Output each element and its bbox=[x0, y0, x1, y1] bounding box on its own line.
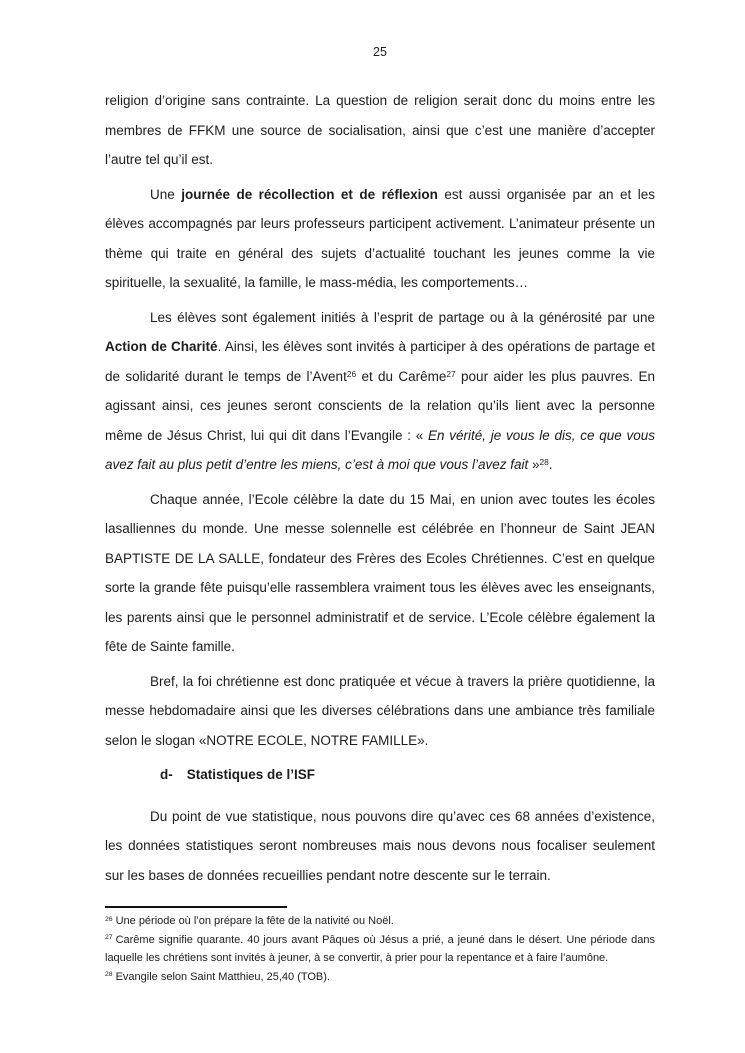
footnote-area: 26Une période où l’on prépare la fête de… bbox=[105, 906, 655, 986]
text-run: . bbox=[549, 457, 553, 472]
paragraph: religion d’origine sans contrainte. La q… bbox=[105, 86, 655, 175]
footnote-text: Une période où l’on prépare la fête de l… bbox=[116, 915, 394, 927]
footnote-ref: 28 bbox=[539, 457, 548, 467]
text-run: et du Carême bbox=[356, 369, 446, 384]
text-run: religion d’origine sans contrainte. La q… bbox=[105, 93, 655, 167]
footnote-list: 26Une période où l’on prépare la fête de… bbox=[105, 912, 655, 986]
document-body: religion d’origine sans contrainte. La q… bbox=[105, 86, 655, 890]
paragraph: Chaque année, l’Ecole célèbre la date du… bbox=[105, 485, 655, 662]
footnote-number: 28 bbox=[105, 971, 113, 978]
text-run: Du point de vue statistique, nous pouvon… bbox=[105, 809, 655, 883]
paragraph: Les élèves sont également initiés à l’es… bbox=[105, 303, 655, 480]
footnote-separator bbox=[105, 906, 287, 908]
footnote-text: Evangile selon Saint Matthieu, 25,40 (TO… bbox=[116, 971, 330, 983]
paragraph: Bref, la foi chrétienne est donc pratiqu… bbox=[105, 667, 655, 756]
text-run: » bbox=[528, 457, 539, 472]
document-page: 25 religion d’origine sans contrainte. L… bbox=[0, 0, 745, 1053]
text-run: Chaque année, l’Ecole célèbre la date du… bbox=[105, 492, 655, 655]
text-run: Les élèves sont également initiés à l’es… bbox=[150, 310, 655, 325]
footnote-number: 26 bbox=[105, 916, 113, 923]
page-number: 25 bbox=[105, 44, 655, 60]
section-heading: d-Statistiques de l’ISF bbox=[105, 760, 655, 790]
text-run: Une bbox=[150, 187, 181, 202]
bold-run: journée de récollection et de réflexion bbox=[181, 187, 438, 202]
paragraph: Du point de vue statistique, nous pouvon… bbox=[105, 802, 655, 891]
footnote: 27Carême signifie quarante. 40 jours ava… bbox=[105, 931, 655, 968]
footnote-ref: 26 bbox=[347, 369, 356, 379]
footnote-number: 27 bbox=[105, 934, 113, 941]
footnote: 28Evangile selon Saint Matthieu, 25,40 (… bbox=[105, 968, 655, 987]
footnote: 26Une période où l’on prépare la fête de… bbox=[105, 912, 655, 931]
footnote-ref: 27 bbox=[446, 369, 455, 379]
bold-run: Action de Charité bbox=[105, 339, 218, 354]
section-heading-label: d- bbox=[160, 760, 173, 790]
footnote-text: Carême signifie quarante. 40 jours avant… bbox=[105, 934, 655, 965]
text-run: est aussi organisée par an et les élèves… bbox=[105, 187, 655, 291]
text-run: Bref, la foi chrétienne est donc pratiqu… bbox=[105, 674, 655, 748]
section-heading-text: Statistiques de l’ISF bbox=[187, 767, 315, 782]
paragraph: Une journée de récollection et de réflex… bbox=[105, 180, 655, 298]
